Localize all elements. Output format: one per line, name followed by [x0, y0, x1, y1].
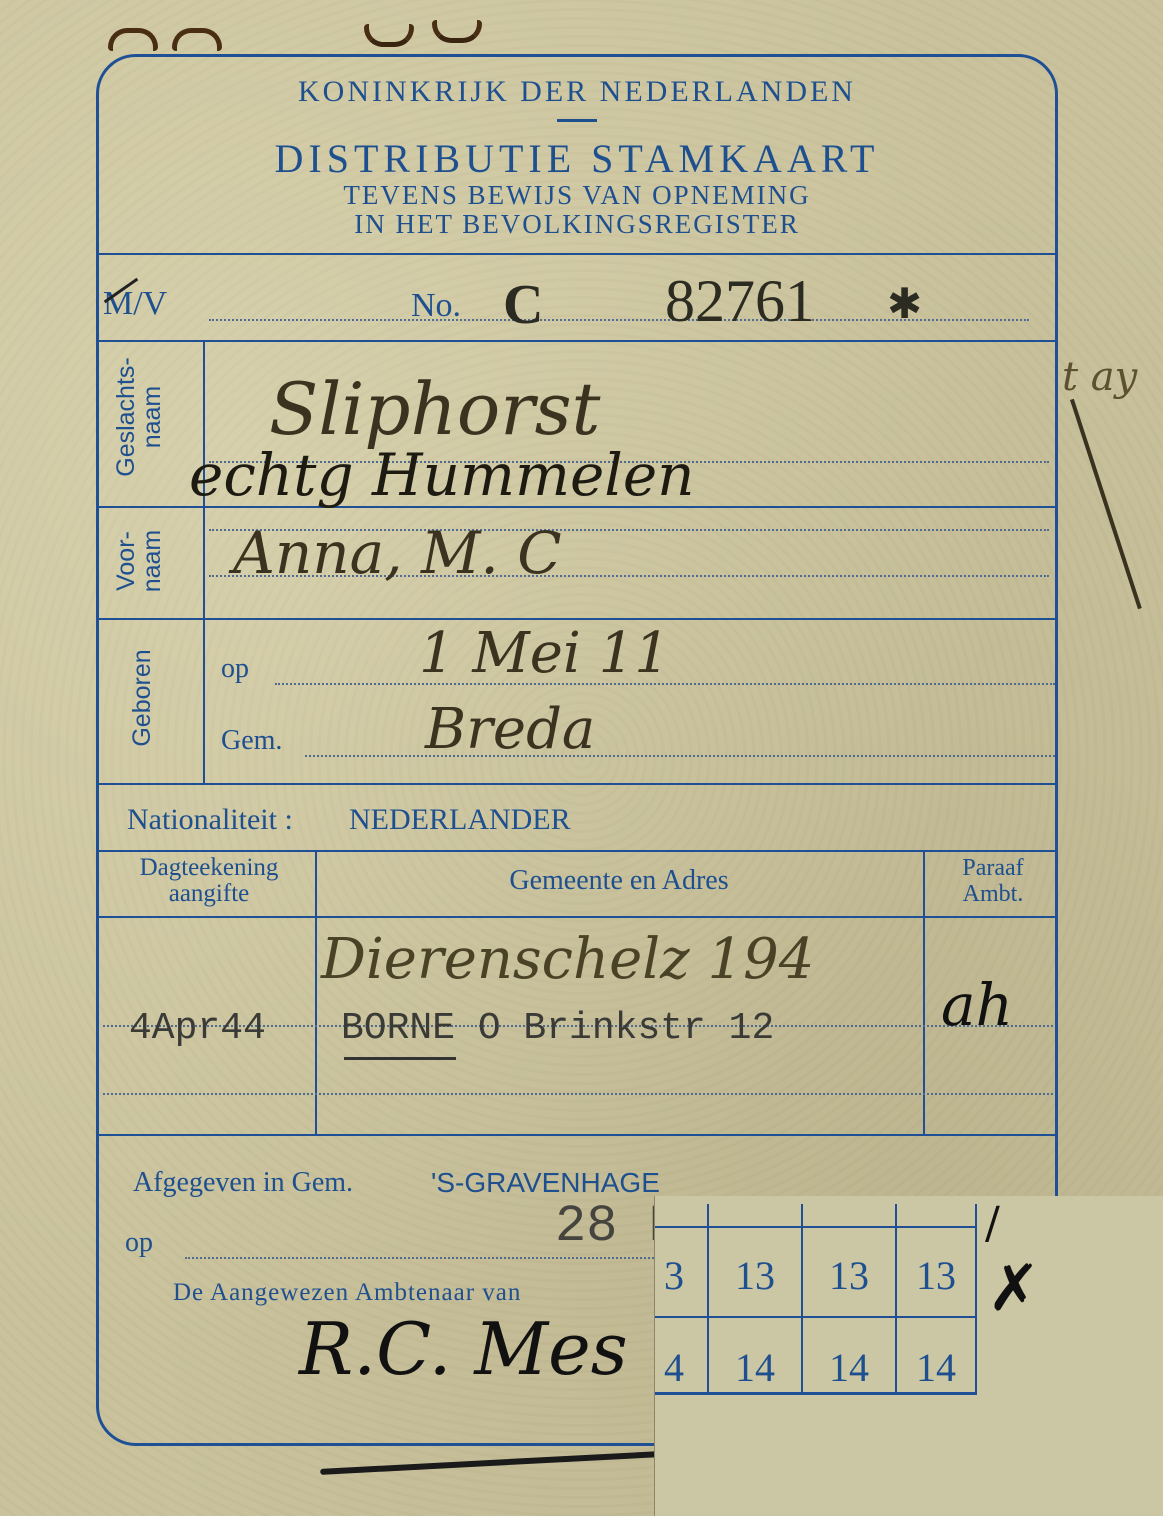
margin-note: t ay — [1062, 354, 1137, 400]
surname-line-1: Sliphorst — [269, 367, 601, 451]
coupon-cell: 14 — [897, 1344, 975, 1391]
col-header-initials: Paraaf Ambt. — [933, 855, 1053, 907]
coupon-cell: 13 — [803, 1252, 895, 1299]
col-header-address: Gemeente en Adres — [317, 865, 921, 897]
issued-place: 'S-GRAVENHAGE — [431, 1167, 660, 1199]
address-row-2-initials: ah — [941, 971, 1013, 1039]
punch-hole — [172, 28, 222, 51]
nationality-label: Nationaliteit : — [127, 803, 293, 837]
firstname-value: Anna, M. C — [233, 519, 562, 587]
firstname-label: Voor- naam — [113, 509, 165, 613]
birth-place-value: Breda — [425, 697, 595, 762]
issued-date-label: op — [125, 1227, 153, 1259]
surname-line-2: echtg Hummelen — [189, 441, 695, 509]
coupon-cell: 4 — [659, 1344, 689, 1391]
card-title: DISTRIBUTIE STAMKAART — [99, 135, 1055, 182]
kingdom-heading: KONINKRIJK DER NEDERLANDEN — [99, 75, 1055, 109]
official-label: De Aangewezen Ambtenaar van — [173, 1279, 521, 1307]
address-row-2-date: 4Apr44 — [129, 1007, 266, 1050]
subtitle-line-1: TEVENS BEWIJS VAN OPNEMING — [99, 181, 1055, 210]
asterisk-mark: ✱ — [887, 279, 922, 331]
signature-underline — [320, 1451, 660, 1475]
card-number: 82761 — [665, 267, 815, 336]
cross-mark: ✗ — [987, 1252, 1041, 1326]
surname-label: Geslachts- naam — [113, 337, 165, 497]
subtitle-line-2: IN HET BEVOLKINGSREGISTER — [99, 210, 1055, 239]
birth-date-value: 1 Mei 11 — [419, 621, 670, 686]
punch-hole — [432, 20, 482, 43]
address-row-1: Dierenschelz 194 — [321, 927, 814, 992]
sex-label: M/V — [103, 285, 167, 323]
birth-place-label: Gem. — [221, 725, 282, 757]
coupon-cell: 14 — [709, 1344, 801, 1391]
official-signature: R.C. Mes — [299, 1307, 628, 1391]
coupon-cell: 3 — [659, 1252, 689, 1299]
borne-underline — [344, 1057, 456, 1060]
address-row-2-address: BORNE O Brinkstr 12 — [341, 1007, 774, 1050]
number-label: No. — [411, 287, 461, 325]
birth-label: Geboren — [129, 623, 155, 773]
col-header-date: Dagteekening aangifte — [111, 855, 307, 907]
coupon-stub: 3 13 13 13 4 14 14 14 / ✗ — [654, 1196, 1163, 1516]
nationality-value: NEDERLANDER — [349, 803, 571, 837]
coupon-cell: 14 — [803, 1344, 895, 1391]
punch-hole — [108, 28, 158, 51]
series-letter: C — [503, 273, 543, 337]
issued-label: Afgegeven in Gem. — [133, 1167, 353, 1199]
margin-scribble — [1070, 399, 1142, 609]
punch-hole — [364, 24, 414, 47]
coupon-cell: 13 — [897, 1252, 975, 1299]
check-mark: / — [985, 1198, 1000, 1249]
card-subtitle: TEVENS BEWIJS VAN OPNEMING IN HET BEVOLK… — [99, 181, 1055, 239]
birth-date-label: op — [221, 653, 249, 685]
coupon-cell: 13 — [709, 1252, 801, 1299]
heading-divider — [557, 119, 597, 122]
